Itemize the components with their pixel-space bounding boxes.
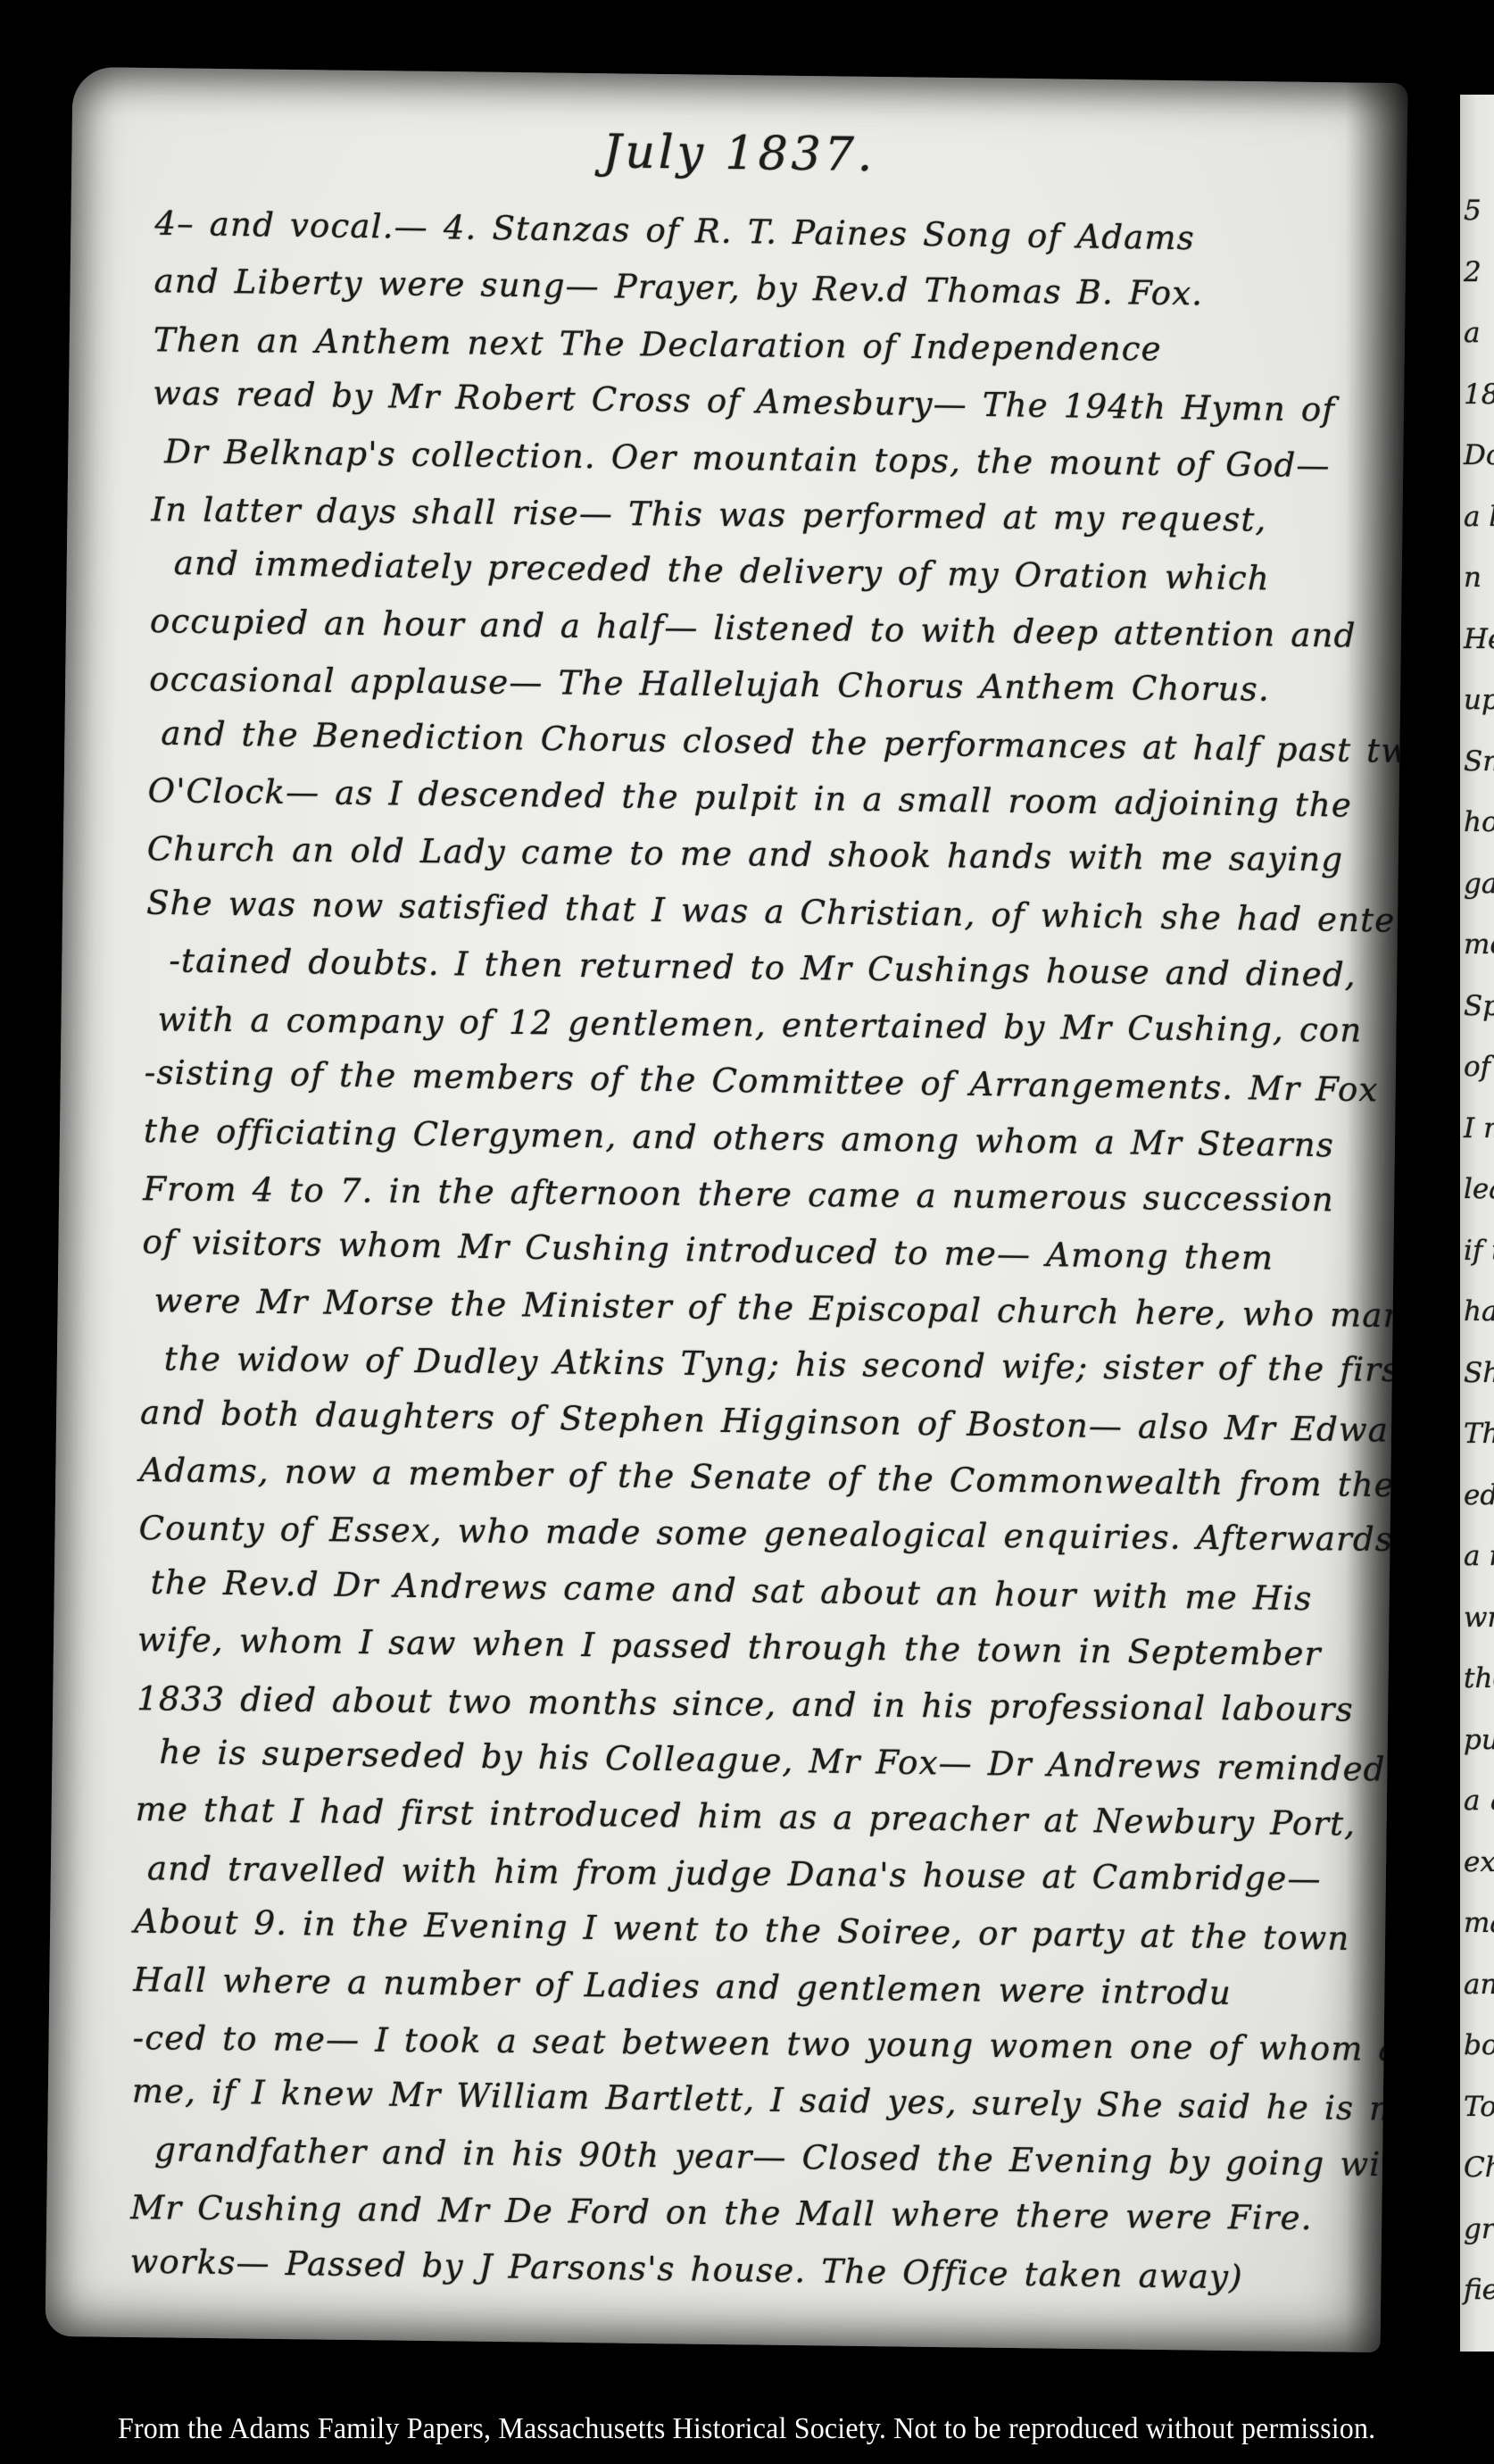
page-gutter-shadow [1346, 0, 1469, 2410]
scan-background: July 1837. 4– and vocal.— 4. Stanzas of … [0, 0, 1494, 2464]
next-page-sliver: 52a18Doa lnHeupSnhogameSpoof wI mleaif t… [1460, 95, 1494, 2352]
next-page-fragment: Do [1460, 425, 1494, 487]
next-page-fragment: if th [1460, 1220, 1494, 1282]
next-page-fragment: Toro [1460, 2077, 1494, 2138]
next-page-fragment: extra [1460, 1832, 1494, 1894]
next-page-fragment: the g [1460, 1648, 1494, 1710]
next-page-fragment: lea [1460, 1159, 1494, 1220]
next-page-fragment: Cha [1460, 2137, 1494, 2199]
next-page-fragment: a [1460, 303, 1494, 364]
next-page-fragment: 2 [1460, 242, 1494, 304]
next-page-fragment: fierz [1460, 2260, 1494, 2321]
caption-text: From the Adams Family Papers, Massachuse… [118, 2412, 1375, 2446]
next-page-fragment: writ [1460, 1587, 1494, 1649]
next-page-fragment: Spo [1460, 976, 1494, 1037]
next-page-fragment: 5 [1460, 180, 1494, 242]
next-page-fragment: 18 [1460, 364, 1494, 426]
manuscript-text: 4– and vocal.— 4. Stanzas of R. T. Paine… [46, 196, 1407, 2306]
next-page-fragment: Sho [1460, 1343, 1494, 1404]
page-heading-date: July 1837. [71, 119, 1407, 188]
next-page-fragment: ho [1460, 792, 1494, 853]
next-page-fragment: a l [1460, 487, 1494, 548]
next-page-fragment: He [1460, 609, 1494, 670]
next-page-fragment: mant [1460, 1893, 1494, 1954]
next-page-fragment: me [1460, 914, 1494, 976]
manuscript-page: July 1837. 4– and vocal.— 4. Stanzas of … [46, 67, 1408, 2352]
next-page-fragment: Sn [1460, 731, 1494, 793]
next-page-fragment: grat [1460, 2199, 1494, 2260]
next-page-fragment: ga [1460, 853, 1494, 915]
next-page-fragment: and [1460, 1954, 1494, 2016]
caption-bar: From the Adams Family Papers, Massachuse… [0, 2394, 1494, 2464]
next-page-fragment: of w [1460, 1036, 1494, 1098]
next-page-fragment: boat [1460, 2015, 1494, 2077]
next-page-fragment: ed i [1460, 1465, 1494, 1527]
next-page-fragment: a n [1460, 1526, 1494, 1587]
next-page-fragment: har [1460, 1281, 1494, 1343]
next-page-fragment: up [1460, 670, 1494, 731]
next-page-fragment: n [1460, 547, 1494, 609]
next-page-fragment: I m [1460, 1098, 1494, 1160]
next-page-fragment: Tha [1460, 1403, 1494, 1465]
next-page-fragment: a qua [1460, 1770, 1494, 1832]
next-page-text: 52a18Doa lnHeupSnhogameSpoof wI mleaif t… [1460, 95, 1494, 2321]
next-page-fragment: pu bl [1460, 1710, 1494, 1771]
